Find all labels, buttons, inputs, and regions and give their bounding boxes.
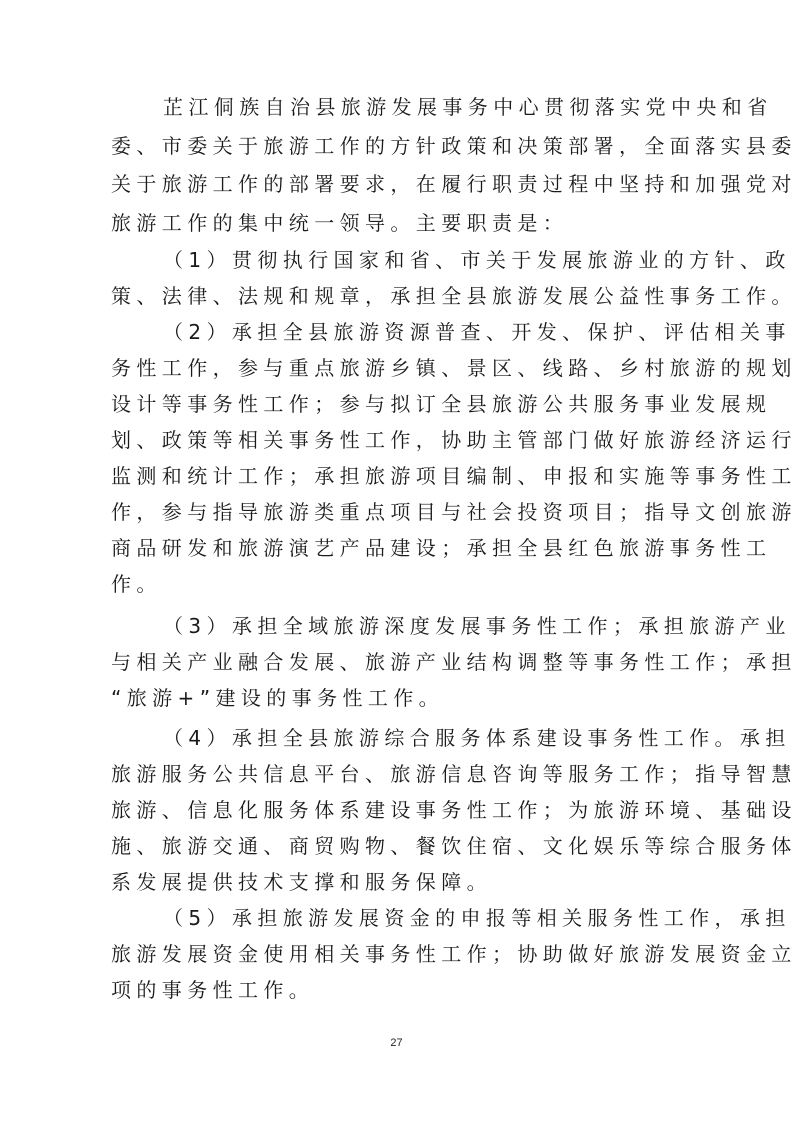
text-line: （1）贯彻执行国家和省、市关于发展旅游业的方针、政 [111,242,683,278]
text-line: 项的事务性工作。 [111,972,683,1008]
text-line: 旅游、信息化服务体系建设事务性工作；为旅游环境、基础设 [111,792,683,828]
paragraph-duty-2: （2）承担全县旅游资源普查、开发、保护、评估相关事 务性工作，参与重点旅游乡镇、… [111,314,683,602]
text-line: 设计等事务性工作；参与拟订全县旅游公共服务事业发展规 [111,386,683,422]
text-line: 旅游服务公共信息平台、旅游信息咨询等服务工作；指导智慧 [111,756,683,792]
text-line: 作，参与指导旅游类重点项目与社会投资项目；指导文创旅游 [111,494,683,530]
page-number: 27 [0,1037,793,1049]
text-line: （4）承担全县旅游综合服务体系建设事务性工作。承担 [111,720,683,756]
text-line: 与相关产业融合发展、旅游产业结构调整等事务性工作；承担 [111,644,683,680]
text-line: 旅游工作的集中统一领导。主要职责是： [111,204,683,243]
text-line: 芷江侗族自治县旅游发展事务中心贯彻落实党中央和省 [111,88,683,127]
paragraph-duty-1: （1）贯彻执行国家和省、市关于发展旅游业的方针、政 策、法律、法规和规章，承担全… [111,242,683,314]
document-body: 芷江侗族自治县旅游发展事务中心贯彻落实党中央和省 委、市委关于旅游工作的方针政策… [111,88,683,1008]
text-line: 系发展提供技术支撑和服务保障。 [111,864,683,900]
text-line: （5）承担旅游发展资金的申报等相关服务性工作，承担 [111,900,683,936]
text-line: 作。 [111,566,683,602]
text-line: “旅游+”建设的事务性工作。 [111,680,683,716]
text-line: 旅游发展资金使用相关事务性工作；协助做好旅游发展资金立 [111,936,683,972]
text-line: （3）承担全域旅游深度发展事务性工作；承担旅游产业 [111,608,683,644]
text-line: （2）承担全县旅游资源普查、开发、保护、评估相关事 [111,314,683,350]
text-line: 关于旅游工作的部署要求，在履行职责过程中坚持和加强党对 [111,165,683,204]
paragraph-duty-3: （3）承担全域旅游深度发展事务性工作；承担旅游产业 与相关产业融合发展、旅游产业… [111,608,683,716]
text-line: 商品研发和旅游演艺产品建设；承担全县红色旅游事务性工 [111,530,683,566]
paragraph-duty-5: （5）承担旅游发展资金的申报等相关服务性工作，承担 旅游发展资金使用相关事务性工… [111,900,683,1008]
text-line: 务性工作，参与重点旅游乡镇、景区、线路、乡村旅游的规划 [111,350,683,386]
text-line: 策、法律、法规和规章，承担全县旅游发展公益性事务工作。 [111,278,683,314]
paragraph-duty-4: （4）承担全县旅游综合服务体系建设事务性工作。承担 旅游服务公共信息平台、旅游信… [111,720,683,900]
text-line: 施、旅游交通、商贸购物、餐饮住宿、文化娱乐等综合服务体 [111,828,683,864]
paragraph-intro: 芷江侗族自治县旅游发展事务中心贯彻落实党中央和省 委、市委关于旅游工作的方针政策… [111,88,683,242]
text-line: 监测和统计工作；承担旅游项目编制、申报和实施等事务性工 [111,458,683,494]
text-line: 划、政策等相关事务性工作，协助主管部门做好旅游经济运行 [111,422,683,458]
text-line: 委、市委关于旅游工作的方针政策和决策部署，全面落实县委 [111,127,683,166]
